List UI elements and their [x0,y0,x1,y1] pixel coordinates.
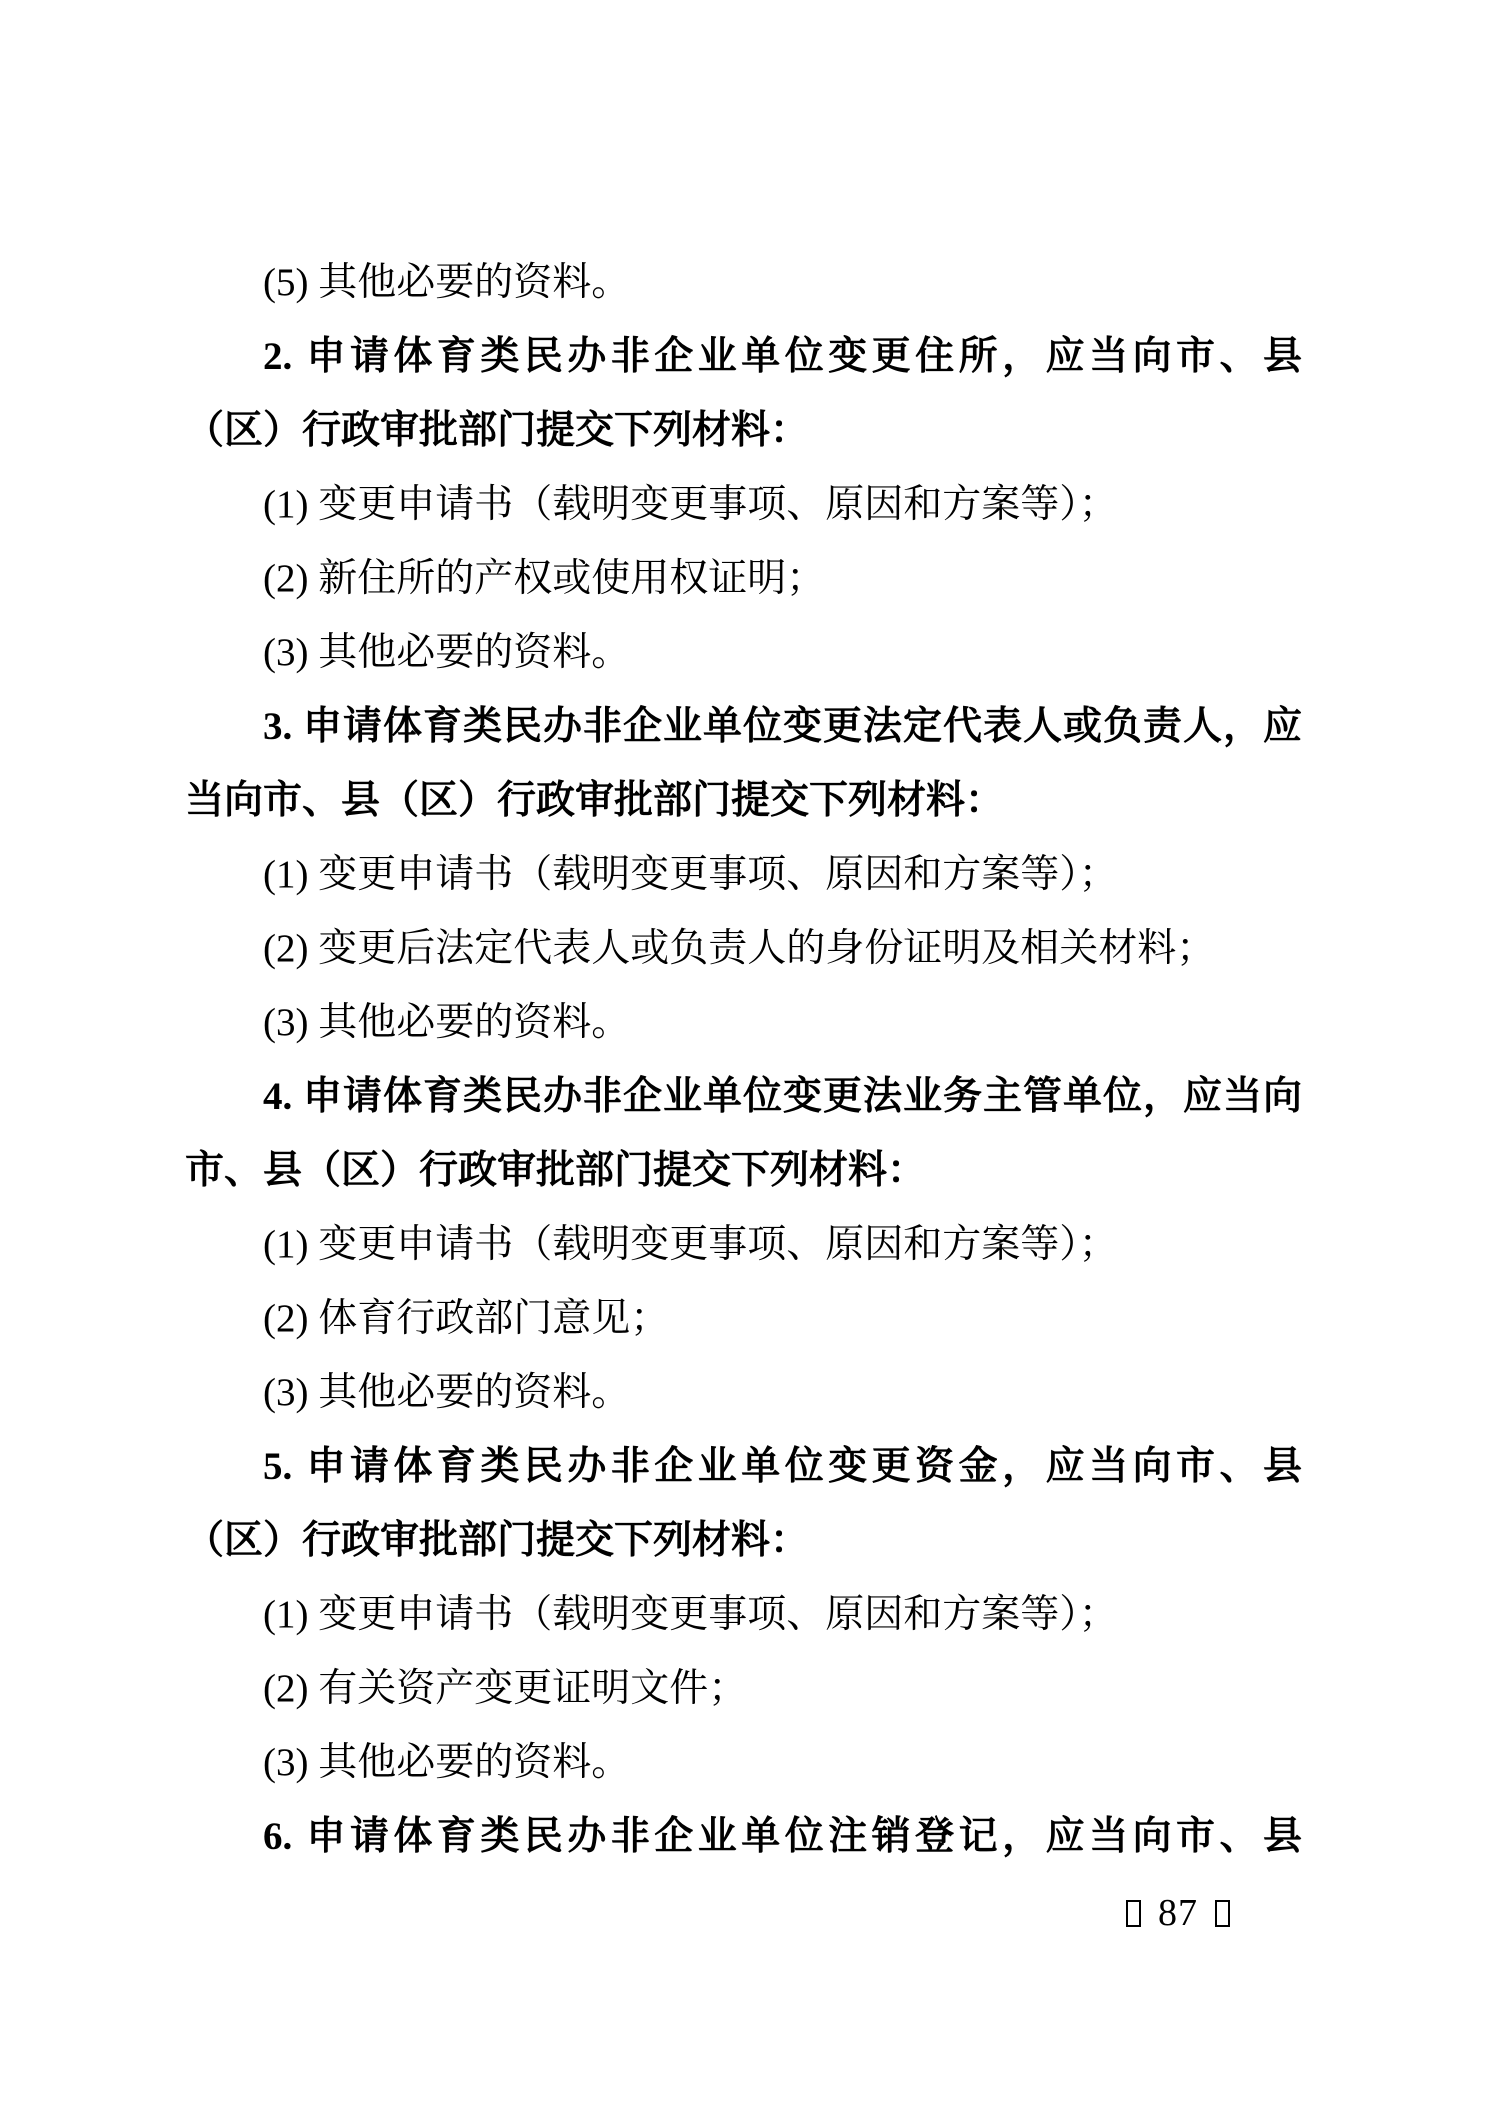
paragraph-line: (3) 其他必要的资料。 [185,1356,1302,1430]
section-heading-continuation: 市、县（区）行政审批部门提交下列材料： [185,1134,1302,1208]
paragraph-line: (2) 有关资产变更证明文件； [185,1652,1302,1726]
document-page: (5) 其他必要的资料。 2. 申请体育类民办非企业单位变更住所，应当向市、县 … [0,0,1487,2105]
paragraph-line: (1) 变更申请书（载明变更事项、原因和方案等）； [185,1578,1302,1652]
section-heading: 6. 申请体育类民办非企业单位注销登记，应当向市、县 [185,1800,1302,1874]
paragraph-line: (3) 其他必要的资料。 [185,986,1302,1060]
section-heading: 4. 申请体育类民办非企业单位变更法业务主管单位，应当向 [185,1060,1302,1134]
paragraph-line: (3) 其他必要的资料。 [185,616,1302,690]
paragraph-line: (1) 变更申请书（载明变更事项、原因和方案等）； [185,468,1302,542]
paragraph-line: (1) 变更申请书（载明变更事项、原因和方案等）； [185,838,1302,912]
missing-glyph-box [1215,1900,1230,1927]
document-body: (5) 其他必要的资料。 2. 申请体育类民办非企业单位变更住所，应当向市、县 … [185,246,1302,1874]
paragraph-line: (2) 变更后法定代表人或负责人的身份证明及相关材料； [185,912,1302,986]
missing-glyph-box [1126,1900,1141,1927]
paragraph-line: (5) 其他必要的资料。 [185,246,1302,320]
paragraph-line: (1) 变更申请书（载明变更事项、原因和方案等）； [185,1208,1302,1282]
paragraph-line: (3) 其他必要的资料。 [185,1726,1302,1800]
section-heading: 2. 申请体育类民办非企业单位变更住所，应当向市、县 [185,320,1302,394]
section-heading-continuation: （区）行政审批部门提交下列材料： [185,394,1302,468]
section-heading: 5. 申请体育类民办非企业单位变更资金，应当向市、县 [185,1430,1302,1504]
page-footer: 87 [1126,1889,1230,1937]
page-number: 87 [1158,1889,1198,1937]
section-heading-continuation: 当向市、县（区）行政审批部门提交下列材料： [185,764,1302,838]
section-heading: 3. 申请体育类民办非企业单位变更法定代表人或负责人，应 [185,690,1302,764]
paragraph-line: (2) 新住所的产权或使用权证明； [185,542,1302,616]
paragraph-line: (2) 体育行政部门意见； [185,1282,1302,1356]
section-heading-continuation: （区）行政审批部门提交下列材料： [185,1504,1302,1578]
